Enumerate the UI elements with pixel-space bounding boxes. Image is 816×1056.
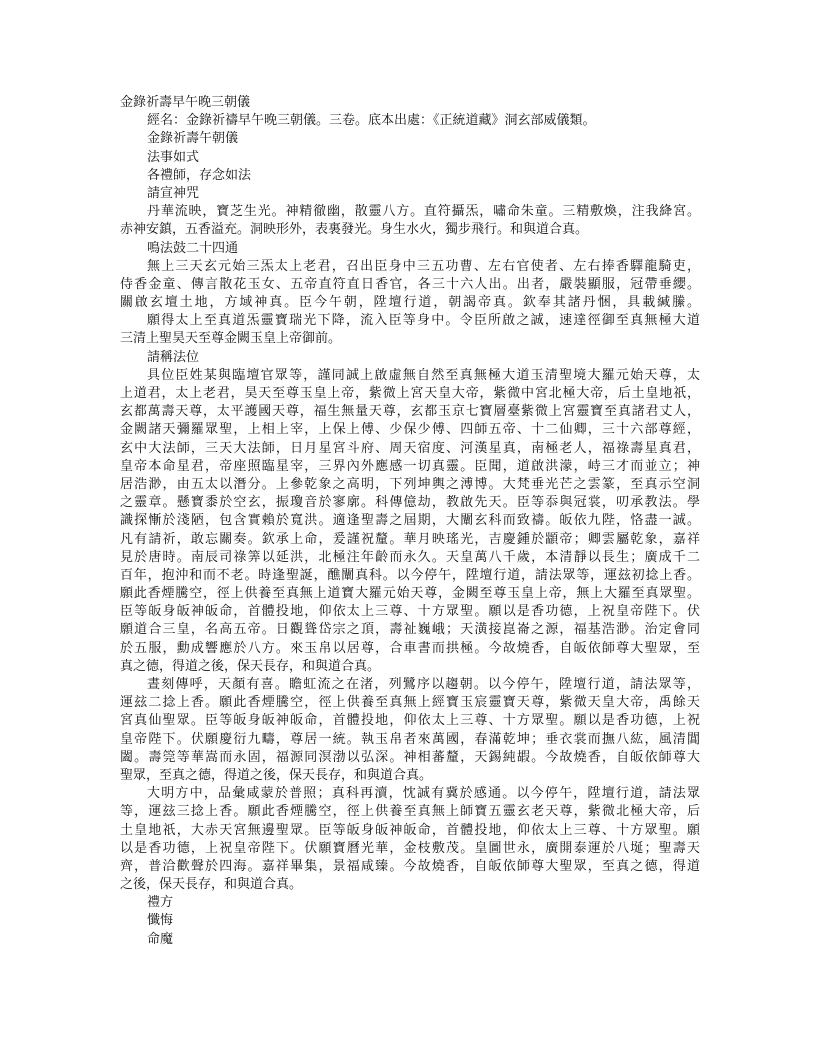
paragraph-line: 三清上聖昊天至尊金闕玉皇上帝御前。 [120, 330, 700, 348]
paragraph-line: 土皇地祇，大赤天宮無邊聖眾。臣等皈身皈神皈命，首體投地，仰依太上三尊、十方眾聖。… [120, 822, 700, 840]
rubric-meditation: 各禮師，存念如法 [120, 167, 700, 185]
heading-line: 請稱法位 [120, 349, 700, 367]
paragraph-line: 見於唐時。南辰司祿筭以延洪，北極注年齡而永久。天皇萬八千歲，本清靜以長生；廣成千… [120, 549, 700, 567]
paragraph-line: 皇帝本命星君，帝座照臨星宰，三界內外應感一切真靈。臣聞，道啟洪濛，峙三才而並立；… [120, 458, 700, 476]
paragraph-line: 願道合三皇，名高五帝。日觀聳岱宗之頂，壽祉巍峨；天潢接崑崙之源，福基浩渺。治定會… [120, 621, 700, 639]
heading-line: 命魔 [120, 931, 700, 949]
paragraph-line: 以是香功德，上祝皇帝陛下。伏願寶曆光華，金枝敷茂。皇圖世永，廣開泰運於八埏；聖壽… [120, 840, 700, 858]
paragraph-line: 晝刻傳呼，天顏有喜。瞻虹流之在渚，列鷺序以趨朝。以今停午，陞壇行道，請法眾等， [120, 676, 700, 694]
paragraph-line: 願此香煙騰空，徑上供養至真無上道寶大羅元始天尊，金闕至尊玉皇上帝，無上大羅至真眾… [120, 585, 700, 603]
paragraph-line: 上道君，太上老君，昊天至尊玉皇上帝，紫微上宮天皇大帝，紫微中宮北極大帝，后土皇地… [120, 385, 700, 403]
scripture-note: 經名：金錄祈禱早午晚三朝儀。三卷。底本出處：《正統道藏》洞玄部威儀類。 [120, 112, 700, 130]
paragraph-third-incense: 大明方中，品彙咸蒙於普照；真科再瀆，忱誠有冀於感通。以今停午，陞壇行道，請法眾 … [120, 785, 700, 894]
document-page: 金錄祈壽早午晚三朝儀 經名：金錄祈禱早午晚三朝儀。三卷。底本出處：《正統道藏》洞… [0, 0, 816, 1056]
paragraph-line: 等，運玆三捻上香。願此香煙騰空，徑上供養至真無上師寶五靈玄老天尊，紫微北極大帝，… [120, 803, 700, 821]
paragraph-incantation: 丹華流映，寶芝生光。神精徹幽，散靈八方。直符攝炁，嘯命朱童。三精敷煥，注我絳宮。… [120, 203, 700, 239]
heading-line: 禮方 [120, 894, 700, 912]
paragraph-line: 聖眾，至真之德，得道之後，保天長存，和與道合真。 [120, 767, 700, 785]
heading-line: 金錄祈壽午朝儀 [120, 130, 700, 148]
paragraph-line: 具位臣姓某與臨壇官眾等，謹同誠上啟虛無自然至真無極大道玉清聖境大羅元始天尊，太 [120, 367, 700, 385]
paragraph-summons: 無上三天玄元始三炁太上老君，召出臣身中三五功曹、左右官使者、左右捧香驛龍騎吏， … [120, 258, 700, 313]
rubric-repentance: 懺悔 [120, 912, 700, 930]
paragraph-line: 無上三天玄元始三炁太上老君，召出臣身中三五功曹、左右官使者、左右捧香驛龍騎吏， [120, 258, 700, 276]
paragraph-line: 臣等皈身皈神皈命，首體投地，仰依太上三尊、十方眾聖。願以是香功德，上祝皇帝陛下。… [120, 603, 700, 621]
paragraph-line: 凡有請祈，敢忘關奏。欽承上命，爰謹祝釐。華月映瑤光，吉慶鍾於顓帝；卿雲屬乾象，嘉… [120, 531, 700, 549]
paragraph-second-incense: 晝刻傳呼，天顏有喜。瞻虹流之在渚，列鷺序以趨朝。以今停午，陞壇行道，請法眾等， … [120, 676, 700, 785]
paragraph-line: 金闕諸天彌羅眾聖，上相上宰，上保上傅、少保少傅、四師五帝、十二仙卿，三十六部尊經… [120, 421, 700, 439]
heading-line: 請宣神咒 [120, 185, 700, 203]
title-line: 金錄祈壽早午晚三朝儀 [120, 94, 700, 112]
paragraph-line: 真之德，得道之後，保天長存，和與道合真。 [120, 658, 700, 676]
heading-line: 鳴法鼓二十四通 [120, 240, 700, 258]
section-heading-noon-ritual: 金錄祈壽午朝儀 [120, 130, 700, 148]
rubric-procedure: 法事如式 [120, 149, 700, 167]
paragraph-line: 丹華流映，寶芝生光。神精徹幽，散靈八方。直符攝炁，嘯命朱童。三精敷煥，注我絳宮。 [120, 203, 700, 221]
paragraph-line: 赤神安鎮，五香溢充。洞映形外，表裏發光。身生水火，獨步飛行。和與道合真。 [120, 221, 700, 239]
heading-line: 懺悔 [120, 912, 700, 930]
rubric-ranks: 請稱法位 [120, 349, 700, 367]
paragraph-line: 居浩渺，由五太以潛分。上參乾象之高明，下列坤輿之溥博。大梵垂光芒之雲篆，至真示空… [120, 476, 700, 494]
paragraph-line: 之靈章。懸寶黍於空玄，振瓊音於寥廓。科傳億劫，教啟先天。臣等忝與冠裳，叨承教法。… [120, 494, 700, 512]
paragraph-line: 宮真仙聖眾。臣等皈身皈神皈命，首體投地，仰依太上三尊、十方眾聖。願以是香功德，上… [120, 712, 700, 730]
paragraph-line: 關啟玄壇土地，方域神真。臣今午朝，陞壇行道，朝謁帝真。欽奉其諸丹悃，具載緘縢。 [120, 294, 700, 312]
heading-line: 各禮師，存念如法 [120, 167, 700, 185]
paragraph-line: 侍香金童、傳言散花玉女、五帝直符直日香官，各三十六人出。出者，嚴裝顯服，冠帶垂纓… [120, 276, 700, 294]
paragraph-petition: 願得太上至真道炁靈寶瑞光下降，流入臣等身中。令臣所啟之誠，速達徑御至真無極大道 … [120, 312, 700, 348]
paragraph-line: 玄都萬壽天尊，太平護國天尊，福生無量天尊，玄都玉京七寶層臺紫微上宮靈寶至真諸君丈… [120, 403, 700, 421]
paragraph-line: 之後，保天長存，和與道合真。 [120, 876, 700, 894]
paragraph-line: 齊，普洽歡聲於四海。嘉祥畢集，景福咸臻。今故燒香，自皈依師尊大聖眾，至真之德，得… [120, 858, 700, 876]
rubric-salute-directions: 禮方 [120, 894, 700, 912]
paragraph-line: 大明方中，品彙咸蒙於普照；真科再瀆，忱誠有冀於感通。以今停午，陞壇行道，請法眾 [120, 785, 700, 803]
rubric-command-demons: 命魔 [120, 931, 700, 949]
paragraph-line: 皇帝陛下。伏願慶衍九疇，尊居一統。執玉帛者來萬國，春滿乾坤；垂衣裳而撫八紘，風清… [120, 731, 700, 749]
document-title: 金錄祈壽早午晚三朝儀 [120, 94, 700, 112]
document-body: 金錄祈壽早午晚三朝儀 經名：金錄祈禱早午晚三朝儀。三卷。底本出處：《正統道藏》洞… [120, 94, 700, 949]
paragraph-line: 於五服，勳成響應於八方。來玉帛以居尊，合車書而拱極。今故燒香，自皈依師尊大聖眾，… [120, 640, 700, 658]
paragraph-line: 闔。壽筦等華嵩而永固，福源同溟渤以弘深。神相蕃釐，天錫純嘏。今故燒香，自皈依師尊… [120, 749, 700, 767]
paragraph-line: 識探慚於淺陋，包含實賴於寬洪。適逢聖壽之屆期，大闡玄科而致禱。皈依九陛，恪盡一誠… [120, 512, 700, 530]
rubric-drum: 鳴法鼓二十四通 [120, 240, 700, 258]
paragraph-line: 玄中大法師，三天大法師，日月星宮斗府、周天宿度、河漢星真，南極老人，福祿壽星真君… [120, 440, 700, 458]
paragraph-line: 百年，抱沖和而不老。時逢聖誕，醮闡真科。以今停午，陞壇行道，請法眾等，運玆初捻上… [120, 567, 700, 585]
heading-line: 法事如式 [120, 149, 700, 167]
paragraph-line: 運玆二捻上香。願此香煙騰空，徑上供養至真無上經寶玉宸靈寶天尊，紫微天皇大帝，禹餘… [120, 694, 700, 712]
rubric-incantation: 請宣神咒 [120, 185, 700, 203]
paragraph-invocation: 具位臣姓某與臨壇官眾等，謹同誠上啟虛無自然至真無極大道玉清聖境大羅元始天尊，太 … [120, 367, 700, 676]
note-line: 經名：金錄祈禱早午晚三朝儀。三卷。底本出處：《正統道藏》洞玄部威儀類。 [120, 112, 700, 130]
paragraph-line: 願得太上至真道炁靈寶瑞光下降，流入臣等身中。令臣所啟之誠，速達徑御至真無極大道 [120, 312, 700, 330]
